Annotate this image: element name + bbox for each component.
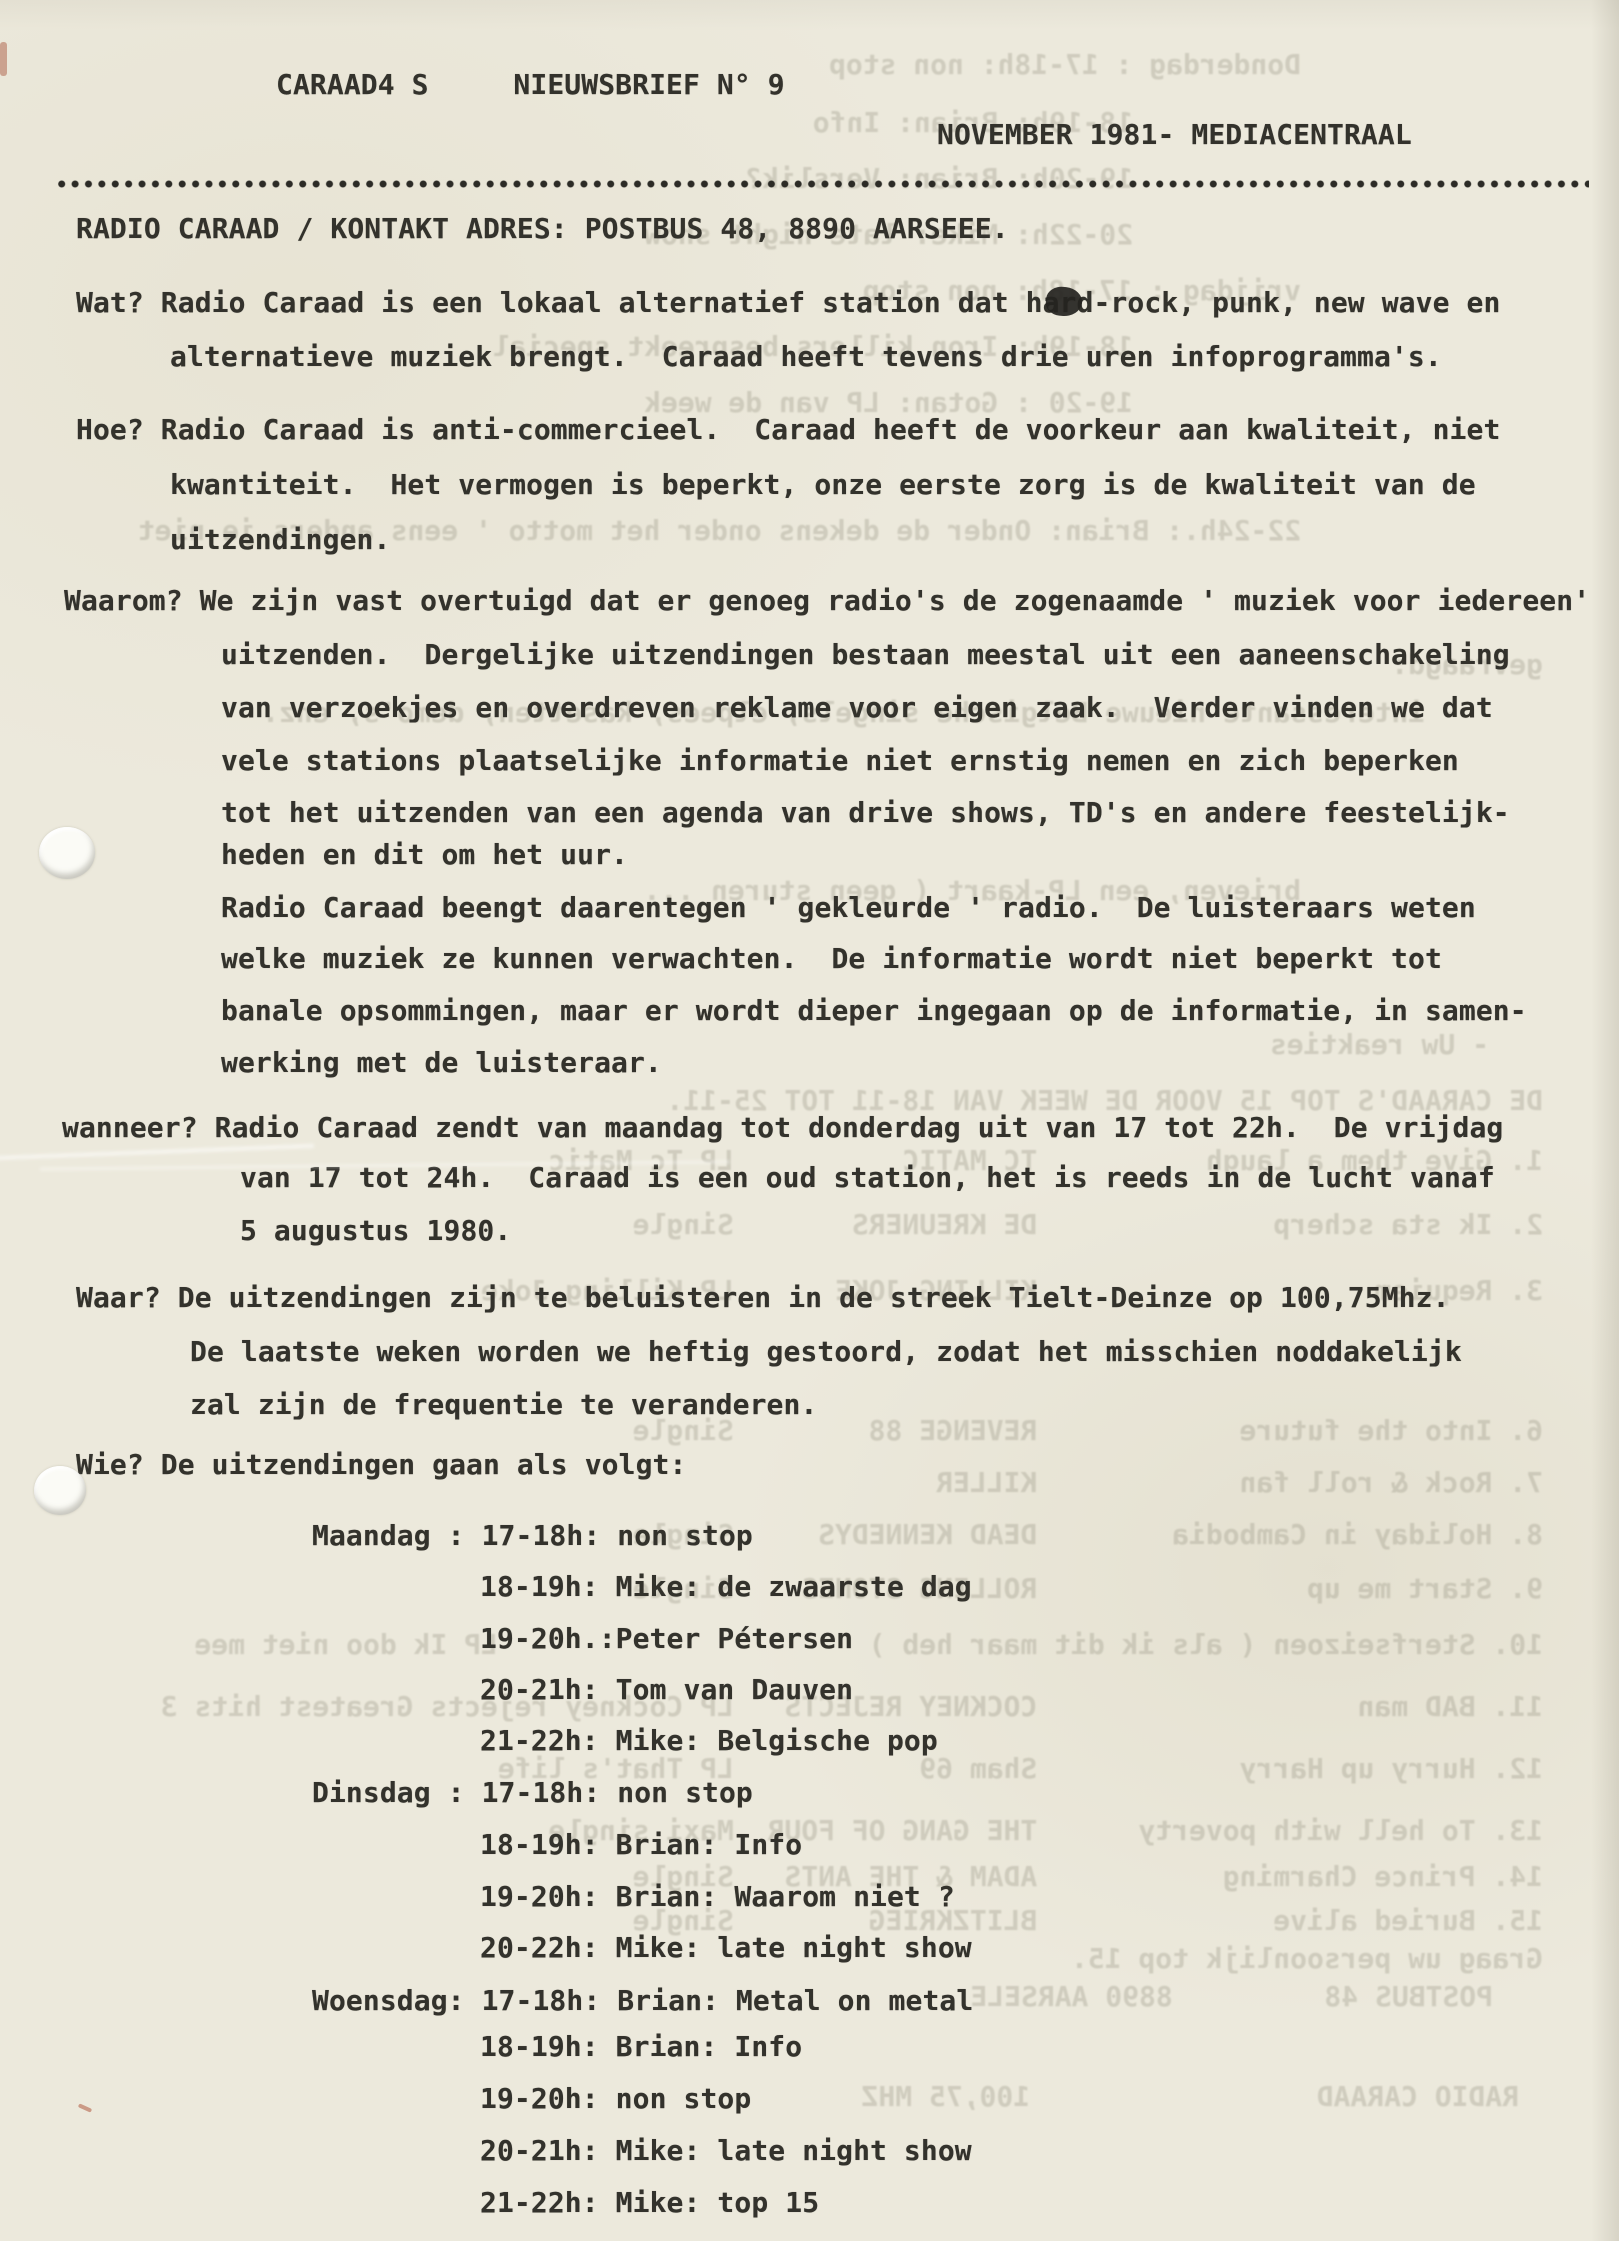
section-waarom-line: werking met de luisteraar. (221, 1048, 662, 1078)
section-wat-line: Wat? Radio Caraad is een lokaal alternat… (76, 288, 1500, 318)
section-waarom-line: welke muziek ze kunnen verwachten. De in… (221, 944, 1442, 974)
issue-date: NOVEMBER 1981- MEDIACENTRAAL (937, 120, 1412, 150)
newsletter-title: CARAAD4 S NIEUWSBRIEF N° 9 (276, 70, 785, 100)
section-waarom-line: Radio Caraad beengt daarentegen ' gekleu… (221, 893, 1476, 923)
bleedthrough-line: Graag uw persoonlijk top 15. (1071, 1944, 1543, 1974)
section-waarom-line: vele stations plaatselijke informatie ni… (221, 746, 1459, 776)
section-wanneer-line: wanneer? Radio Caraad zendt van maandag … (62, 1113, 1503, 1143)
schedule-dinsdag-line: 18-19h: Brian: Info (480, 1830, 802, 1860)
section-waar-line: zal zijn de frequentie te veranderen. (190, 1390, 817, 1420)
schedule-woensdag-line: Woensdag: 17-18h: Brian: Metal on metal (312, 1986, 973, 2016)
section-waar-line: De laatste weken worden we heftig gestoo… (190, 1337, 1462, 1367)
schedule-maandag-line: 20-21h: Tom van Dauven (480, 1675, 853, 1705)
schedule-maandag-line: 19-20h.:Peter Pétersen (480, 1624, 853, 1654)
dotted-separator (55, 176, 1589, 188)
bleedthrough-line: POSTBUS 48 8890 AARSELE (970, 1982, 1493, 2012)
section-wanneer-line: van 17 tot 24h. Caraad is een oud statio… (240, 1163, 1495, 1193)
section-waarom-line: uitzenden. Dergelijke uitzendingen besta… (221, 640, 1510, 670)
schedule-maandag-line: 18-19h: Mike: de zwaarste dag (480, 1572, 972, 1602)
schedule-dinsdag-line: 19-20h: Brian: Waarom niet ? (480, 1882, 955, 1912)
section-waarom-line: heden en dit om het uur. (221, 840, 628, 870)
bleedthrough-line: 8. Holiday in Cambodia DEAD KENNEDYS Sin… (633, 1520, 1543, 1550)
schedule-maandag-line: Maandag : 17-18h: non stop (312, 1521, 753, 1551)
punch-hole (34, 1466, 86, 1515)
schedule-woensdag-line: 21-22h: Mike: top 15 (480, 2188, 819, 2218)
bleedthrough-line: Donderdag : 17-18h: non stop (829, 50, 1301, 80)
contact-line: RADIO CARAAD / KONTAKT ADRES: POSTBUS 48… (76, 214, 1009, 244)
schedule-woensdag-line: 20-21h: Mike: late night show (480, 2136, 972, 2166)
schedule-dinsdag-line: 20-22h: Mike: late night show (480, 1933, 972, 1963)
section-waar-line: Waar? De uitzendingen zijn te beluistere… (76, 1283, 1450, 1313)
bleedthrough-line: 7. Rock & roll fan KILLER (936, 1468, 1543, 1498)
punch-hole (39, 827, 95, 879)
section-wie-intro: Wie? De uitzendingen gaan als volgt: (76, 1450, 686, 1480)
schedule-woensdag-line: 18-19h: Brian: Info (480, 2032, 802, 2062)
schedule-woensdag-line: 19-20h: non stop (480, 2084, 751, 2114)
section-hoe-line: kwantiteit. Het vermogen is beperkt, onz… (170, 470, 1476, 500)
section-hoe-line: uitzendingen. (170, 525, 390, 555)
schedule-dinsdag-line: Dinsdag : 17-18h: non stop (312, 1778, 753, 1808)
section-waarom-line: van verzoekjes en overdreven reklame voo… (221, 693, 1493, 723)
paper-speck (0, 42, 7, 76)
paper-speck (78, 2103, 92, 2112)
scanned-newsletter-page: Donderdag : 17-18h: non stop 18-19h: Bri… (0, 0, 1619, 2241)
section-waarom-line: banale opsommingen, maar er wordt dieper… (221, 996, 1527, 1026)
bleedthrough-line: 2. Ik sta scherp DE KREUNERS Single (633, 1210, 1543, 1240)
bleedthrough-line: 10. Sterfseizoen ( als ik dit maar heb )… (194, 1630, 1543, 1660)
section-wanneer-line: 5 augustus 1980. (240, 1216, 511, 1246)
bleedthrough-line: - Uw reakties (1270, 1030, 1489, 1060)
section-waarom-line: Waarom? We zijn vast overtuigd dat er ge… (64, 586, 1590, 616)
schedule-maandag-line: 21-22h: Mike: Belgische pop (480, 1726, 938, 1756)
paper-crease (0, 1144, 314, 1160)
section-wat-line: alternatieve muziek brengt. Caraad heeft… (170, 342, 1442, 372)
bleedthrough-line: RADIO CARAAD 100,75 MHZ (862, 2082, 1519, 2112)
section-hoe-line: Hoe? Radio Caraad is anti-commercieel. C… (76, 415, 1500, 445)
section-waarom-line: tot het uitzenden van een agenda van dri… (221, 798, 1510, 828)
